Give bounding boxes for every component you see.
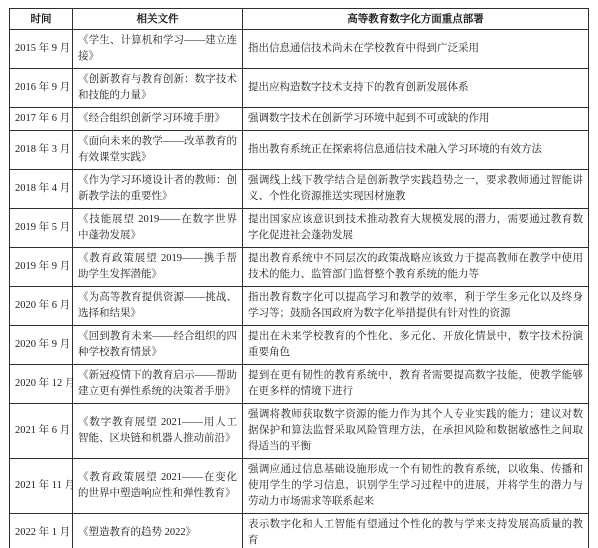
table-row: 2018 年 3 月 《面向未来的教学——改革教育的有效课堂实践》 指出教育系统… [10,131,589,170]
cell-deployment-text: 指出教育系统正在探索将信息通信技术融入学习环境的有效方法 [243,131,589,170]
table-row: 2021 年 11 月 《教育政策展望 2021——在变化的世界中塑造响应性和弹… [10,459,589,514]
cell-document-title: 《创新教育与教育创新：数字技术和技能的力量》 [73,69,243,108]
table-row: 2019 年 5 月 《技能展望 2019——在数字世界中蓬勃发展》 提出国家应… [10,209,589,248]
table-row: 2021 年 6 月 《数字教育展望 2021——用人工智能、区块链和机器人推动… [10,404,589,459]
cell-deployment-text: 表示数字化和人工智能有望通过个性化的教与学来支持发展高质量的教育 [243,514,589,548]
cell-deployment-text: 强调数字技术在创新学习环境中起到不可或缺的作用 [243,108,589,131]
cell-deployment-text: 指出信息通信技术尚未在学校教育中得到广泛采用 [243,30,589,69]
cell-deployment-text: 强调线上线下教学结合是创新教学实践趋势之一，要求教师通过智能讲义、个性化资源推送… [243,170,589,209]
cell-date: 2019 年 9 月 [10,248,73,287]
cell-deployment-text: 提出在未来学校教育的个性化、多元化、开放化情景中，数字技术扮演重要角色 [243,326,589,365]
cell-document-title: 《作为学习环境设计者的教师：创新教学法的重要性》 [73,170,243,209]
cell-date: 2019 年 5 月 [10,209,73,248]
cell-date: 2020 年 12 月 [10,365,73,404]
cell-date: 2018 年 3 月 [10,131,73,170]
cell-date: 2015 年 9 月 [10,30,73,69]
cell-document-title: 《经合组织创新学习环境手册》 [73,108,243,131]
document-page: 时间 相关文件 高等教育数字化方面重点部署 2015 年 9 月 《学生、计算机… [0,0,598,548]
cell-date: 2021 年 11 月 [10,459,73,514]
column-header-document: 相关文件 [73,9,243,30]
cell-date: 2016 年 9 月 [10,69,73,108]
cell-date: 2017 年 6 月 [10,108,73,131]
table-head: 时间 相关文件 高等教育数字化方面重点部署 [10,9,589,30]
cell-document-title: 《为高等教育提供资源——挑战、选择和结果》 [73,287,243,326]
cell-document-title: 《数字教育展望 2021——用人工智能、区块链和机器人推动前沿》 [73,404,243,459]
table-row: 2017 年 6 月 《经合组织创新学习环境手册》 强调数字技术在创新学习环境中… [10,108,589,131]
table-header-row: 时间 相关文件 高等教育数字化方面重点部署 [10,9,589,30]
cell-deployment-text: 提到在更有韧性的教育系统中，教育者需要提高数字技能，使教学能够在更多样的情境下进… [243,365,589,404]
table-row: 2015 年 9 月 《学生、计算机和学习——建立连接》 指出信息通信技术尚未在… [10,30,589,69]
table-row: 2020 年 6 月 《为高等教育提供资源——挑战、选择和结果》 指出教育数字化… [10,287,589,326]
cell-deployment-text: 指出教育数字化可以提高学习和教学的效率，利于学生多元化以及终身学习等；鼓励各国政… [243,287,589,326]
cell-document-title: 《技能展望 2019——在数字世界中蓬勃发展》 [73,209,243,248]
cell-document-title: 《教育政策展望 2021——在变化的世界中塑造响应性和弹性教育》 [73,459,243,514]
higher-education-digitalization-table: 时间 相关文件 高等教育数字化方面重点部署 2015 年 9 月 《学生、计算机… [9,8,589,548]
cell-document-title: 《塑造教育的趋势 2022》 [73,514,243,548]
cell-document-title: 《学生、计算机和学习——建立连接》 [73,30,243,69]
cell-date: 2020 年 6 月 [10,287,73,326]
cell-date: 2021 年 6 月 [10,404,73,459]
cell-deployment-text: 提出国家应该意识到技术推动教育大规模发展的潜力，需要通过教育数字化促进社会蓬勃发… [243,209,589,248]
column-header-time: 时间 [10,9,73,30]
cell-deployment-text: 强调将教师获取数字资源的能力作为其个人专业实践的能力；建议对数据保护和算法监督采… [243,404,589,459]
table-row: 2016 年 9 月 《创新教育与教育创新：数字技术和技能的力量》 提出应构造数… [10,69,589,108]
cell-document-title: 《教育政策展望 2019——携手帮助学生发挥潜能》 [73,248,243,287]
cell-date: 2018 年 4 月 [10,170,73,209]
cell-date: 2022 年 1 月 [10,514,73,548]
cell-document-title: 《面向未来的教学——改革教育的有效课堂实践》 [73,131,243,170]
table-row: 2022 年 1 月 《塑造教育的趋势 2022》 表示数字化和人工智能有望通过… [10,514,589,548]
table-row: 2020 年 9 月 《回到教育未来——经合组织的四种学校教育情景》 提出在未来… [10,326,589,365]
table-body: 2015 年 9 月 《学生、计算机和学习——建立连接》 指出信息通信技术尚未在… [10,30,589,548]
cell-deployment-text: 提出应构造数字技术支持下的教育创新发展体系 [243,69,589,108]
table-row: 2019 年 9 月 《教育政策展望 2019——携手帮助学生发挥潜能》 提出教… [10,248,589,287]
table-row: 2018 年 4 月 《作为学习环境设计者的教师：创新教学法的重要性》 强调线上… [10,170,589,209]
cell-date: 2020 年 9 月 [10,326,73,365]
cell-deployment-text: 强调应通过信息基础设施形成一个有韧性的教育系统，以收集、传播和使用学生的学习信息… [243,459,589,514]
cell-document-title: 《新冠疫情下的教育启示——帮助建立更有弹性系统的决策者手册》 [73,365,243,404]
table-row: 2020 年 12 月 《新冠疫情下的教育启示——帮助建立更有弹性系统的决策者手… [10,365,589,404]
cell-deployment-text: 提出教育系统中不同层次的政策战略应该致力于提高教师在教学中使用技术的能力、监管部… [243,248,589,287]
column-header-deployment: 高等教育数字化方面重点部署 [243,9,589,30]
cell-document-title: 《回到教育未来——经合组织的四种学校教育情景》 [73,326,243,365]
